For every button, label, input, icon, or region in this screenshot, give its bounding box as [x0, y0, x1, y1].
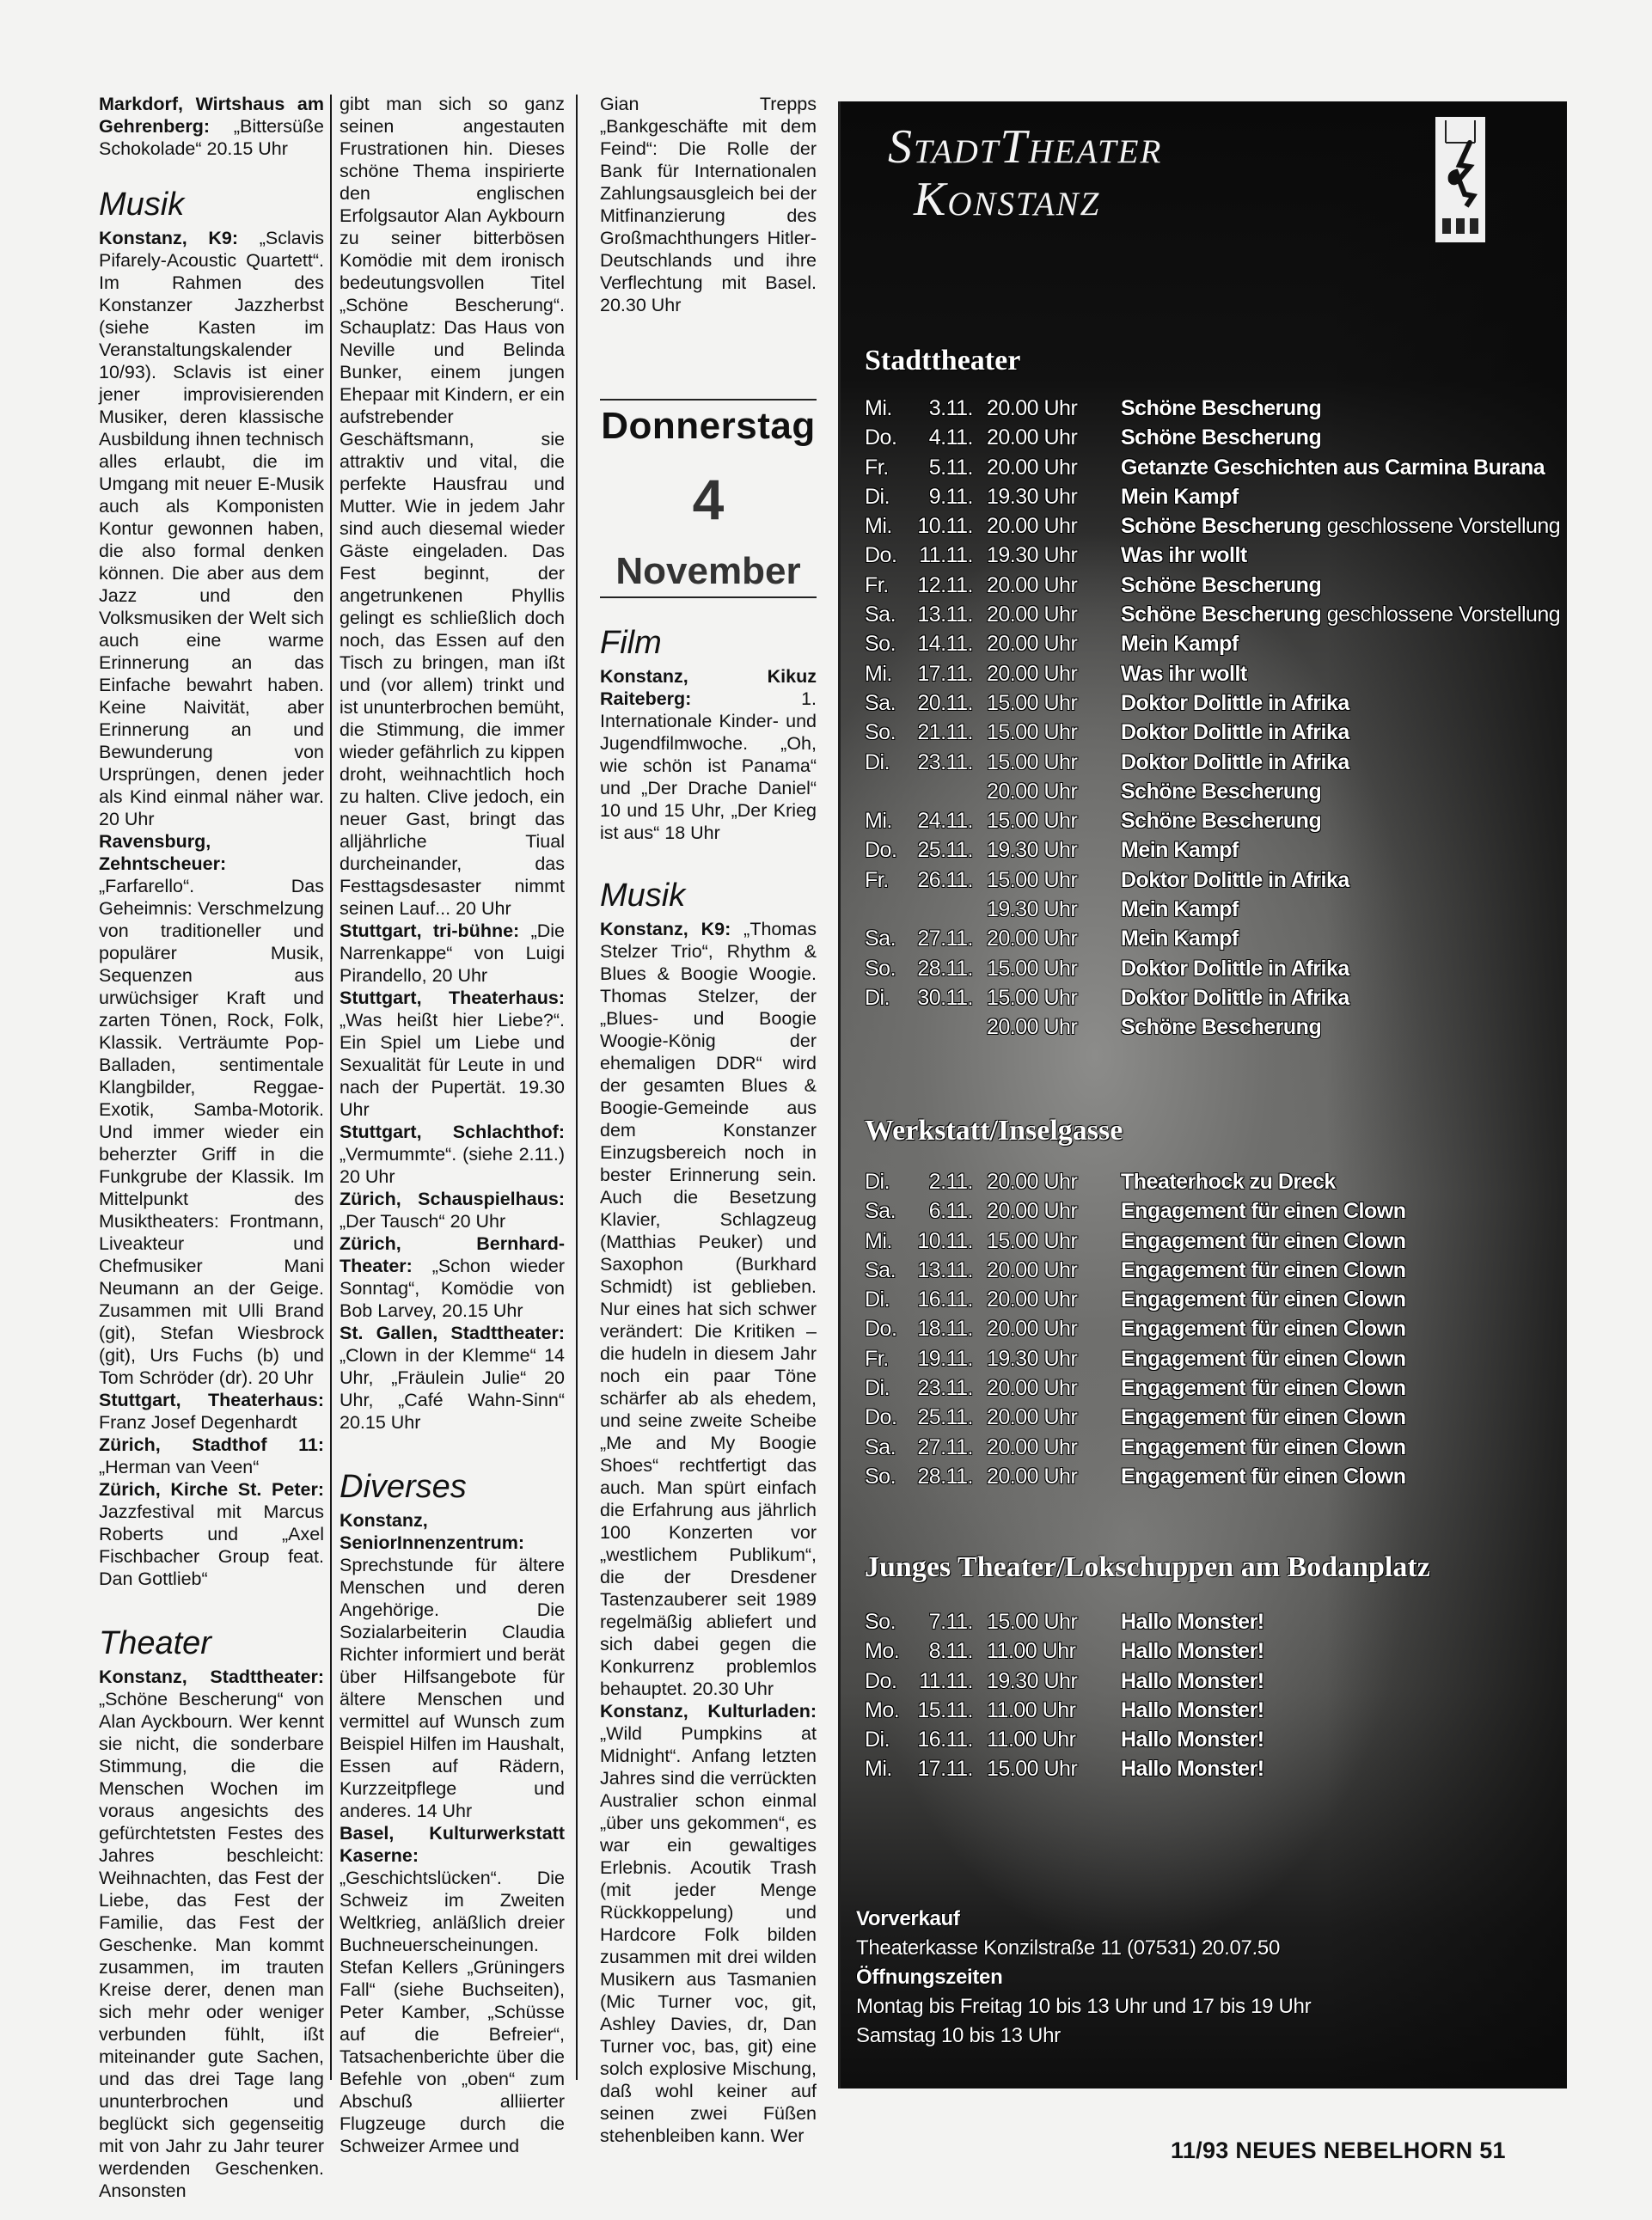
date: 13.11. — [906, 1256, 973, 1285]
play-title-text: Mein Kampf — [1121, 897, 1239, 921]
date-cell: Mo.8.11. — [865, 1636, 976, 1666]
date: 28.11. — [906, 1462, 973, 1491]
werkstatt-section: Werkstatt/Inselgasse Di.2.11.20.00 UhrTh… — [865, 1114, 1405, 1491]
weekday: Di. — [865, 1285, 906, 1314]
date-cell: So.28.11. — [865, 954, 976, 983]
date — [906, 777, 973, 806]
weekday: Di. — [865, 1725, 906, 1754]
schedule-row: Sa.27.11.20.00 UhrMein Kampf — [865, 924, 1560, 953]
date-header: Donnerstag 4 November — [600, 399, 817, 598]
play-title: Hallo Monster! — [1121, 1725, 1264, 1754]
schedule-row: Mo.8.11.11.00 UhrHallo Monster! — [865, 1636, 1430, 1666]
listing-text: „Vermummte“. (siehe 2.11.) 20 Uhr — [340, 1144, 565, 1187]
weekday: Mi. — [865, 394, 906, 423]
play-title: Engagement für einen Clown — [1121, 1433, 1405, 1462]
weekday: Mi. — [865, 1226, 906, 1256]
vorverkauf-text: Theaterkasse Konzilstraße 11 (07531) 20.… — [856, 1934, 1311, 1963]
date-cell: Di.23.11. — [865, 748, 976, 777]
ad-title-line1: StadtTheater — [888, 120, 1162, 174]
weekday: Fr. — [865, 453, 906, 482]
schedule-row: Mi.10.11.15.00 UhrEngagement für einen C… — [865, 1226, 1405, 1256]
time: 20.00 Uhr — [987, 1012, 1121, 1042]
weekday: Sa. — [865, 1433, 906, 1462]
schedule-row: Di.16.11.20.00 UhrEngagement für einen C… — [865, 1285, 1405, 1314]
play-title: Mein Kampf — [1121, 482, 1239, 511]
listing-text: „Clown in der Klemme“ 14 Uhr, „Fräulein … — [340, 1345, 565, 1433]
listing-entry: Konstanz, Kulturladen: „Wild Pumpkins at… — [600, 1700, 817, 2147]
play-title-text: Doktor Dolittle in Afrika — [1121, 750, 1349, 774]
listing-entry: St. Gallen, Stadttheater: „Clown in der … — [340, 1322, 565, 1434]
play-title-text: Doktor Dolittle in Afrika — [1121, 720, 1349, 744]
date: 4.11. — [906, 423, 973, 452]
date: 24.11. — [906, 806, 973, 835]
schedule-row: So.28.11.20.00 UhrEngagement für einen C… — [865, 1462, 1405, 1491]
listing-entry: Basel, Kulturwerkstatt Kaserne: „Geschic… — [340, 1822, 565, 2157]
section-heading: Junges Theater/Lokschuppen am Bodanplatz — [865, 1550, 1430, 1585]
weekday: Donnerstag — [600, 401, 817, 452]
schedule-row: Fr.26.11.15.00 UhrDoktor Dolittle in Afr… — [865, 865, 1560, 895]
weekday: Sa. — [865, 1196, 906, 1226]
box-office-info: Vorverkauf Theaterkasse Konzilstraße 11 … — [856, 1905, 1311, 2051]
listing-entry: Stuttgart, Theaterhaus: „Was heißt hier … — [340, 987, 565, 1121]
play-title: Theaterhock zu Dreck — [1121, 1167, 1336, 1196]
date: 17.11. — [906, 659, 973, 688]
venue: Konstanz, SeniorInnenzentrum: — [340, 1510, 524, 1553]
venue: Stuttgart, Theaterhaus: — [99, 1390, 324, 1410]
time: 15.00 Uhr — [987, 748, 1121, 777]
schedule-row: Di.9.11.19.30 UhrMein Kampf — [865, 482, 1560, 511]
weekday — [865, 1012, 906, 1042]
listing-text: „Der Tausch“ 20 Uhr — [340, 1211, 505, 1232]
weekday: So. — [865, 1462, 906, 1491]
date-cell: Do.11.11. — [865, 1667, 976, 1696]
date-cell: Mi.10.11. — [865, 1226, 976, 1256]
weekday: Mo. — [865, 1696, 906, 1725]
date: 15.11. — [906, 1696, 973, 1725]
play-title: Engagement für einen Clown — [1121, 1285, 1405, 1314]
venue: Konstanz, Kulturladen: — [600, 1701, 817, 1722]
listing-text: „Geschichtslücken“. Die Schweiz im Zweit… — [340, 1868, 565, 2156]
listing-entry: Konstanz, K9: „Thomas Stelzer Trio“, Rhy… — [600, 918, 817, 1700]
column-2: gibt man sich so ganz seinen angestauten… — [340, 93, 565, 2157]
date-cell — [865, 1012, 976, 1042]
schedule-row: Do.25.11.19.30 UhrMein Kampf — [865, 835, 1560, 865]
play-title-text: Engagement für einen Clown — [1121, 1376, 1405, 1400]
schedule-row: Mi.17.11.20.00 UhrWas ihr wollt — [865, 659, 1560, 688]
listing-entry: Zürich, Kirche St. Peter: Jazzfestival m… — [99, 1478, 324, 1590]
date-cell: Mi.17.11. — [865, 659, 976, 688]
date-cell: Sa.13.11. — [865, 1256, 976, 1285]
play-title-text: Doktor Dolittle in Afrika — [1121, 691, 1349, 715]
page-footer: 11/93 NEUES NEBELHORN 51 — [1171, 2137, 1506, 2164]
venue: Stuttgart, tri-bühne: — [340, 920, 519, 941]
time: 19.30 Uhr — [987, 1667, 1121, 1696]
schedule-row: Di.16.11.11.00 UhrHallo Monster! — [865, 1725, 1430, 1754]
date-cell: Sa.27.11. — [865, 1433, 976, 1462]
schedule-row: Do.11.11.19.30 UhrWas ihr wollt — [865, 541, 1560, 570]
weekday: So. — [865, 718, 906, 747]
play-title-text: Hallo Monster! — [1121, 1610, 1264, 1634]
time: 20.00 Uhr — [987, 659, 1121, 688]
date: 26.11. — [906, 865, 973, 895]
play-title: Doktor Dolittle in Afrika — [1121, 688, 1349, 718]
listing-entry: Markdorf, Wirtshaus am Gehrenberg: „Bitt… — [99, 93, 324, 160]
listing-entry: Zürich, Bernhard-Theater: „Schon wieder … — [340, 1232, 565, 1322]
time: 11.00 Uhr — [987, 1636, 1121, 1666]
schedule-row: Mi.10.11.20.00 UhrSchöne Bescherung gesc… — [865, 511, 1560, 541]
time: 19.30 Uhr — [987, 1344, 1121, 1373]
schedule-row: Mi.17.11.15.00 UhrHallo Monster! — [865, 1754, 1430, 1783]
date — [906, 1012, 973, 1042]
date: 25.11. — [906, 835, 973, 865]
weekday: Do. — [865, 423, 906, 452]
time: 19.30 Uhr — [987, 895, 1121, 924]
time: 15.00 Uhr — [987, 1754, 1121, 1783]
time: 20.00 Uhr — [987, 777, 1121, 806]
schedule-row: Do.18.11.20.00 UhrEngagement für einen C… — [865, 1314, 1405, 1343]
date: 23.11. — [906, 1373, 973, 1403]
time: 20.00 Uhr — [987, 1256, 1121, 1285]
schedule-row: Di.23.11.15.00 UhrDoktor Dolittle in Afr… — [865, 748, 1560, 777]
venue: Basel, Kulturwerkstatt Kaserne: — [340, 1823, 565, 1866]
weekday: Sa. — [865, 1256, 906, 1285]
date-cell: Di.30.11. — [865, 983, 976, 1012]
time: 20.00 Uhr — [987, 1403, 1121, 1432]
date-cell: Di.2.11. — [865, 1167, 976, 1196]
play-title: Mein Kampf — [1121, 835, 1239, 865]
weekday: So. — [865, 954, 906, 983]
weekday: Mo. — [865, 1636, 906, 1666]
listing-text: „Schöne Bescherung“ von Alan Ayckbourn. … — [99, 1689, 324, 2201]
time: 20.00 Uhr — [987, 1167, 1121, 1196]
listing-group: Konstanz, SeniorInnenzentrum: Sprechstun… — [340, 1509, 565, 2157]
weekday: Do. — [865, 835, 906, 865]
time: 15.00 Uhr — [987, 983, 1121, 1012]
time: 20.00 Uhr — [987, 423, 1121, 452]
date-cell: Fr.19.11. — [865, 1344, 976, 1373]
schedule-row: Fr.5.11.20.00 UhrGetanzte Geschichten au… — [865, 453, 1560, 482]
weekday: Mi. — [865, 806, 906, 835]
column-divider — [576, 95, 578, 2080]
play-title-text: Engagement für einen Clown — [1121, 1435, 1405, 1459]
listing-text: gibt man sich so ganz seinen angestauten… — [340, 93, 565, 920]
date-cell: So.7.11. — [865, 1607, 976, 1636]
date-cell — [865, 895, 976, 924]
schedule-row: Di.30.11.15.00 UhrDoktor Dolittle in Afr… — [865, 983, 1560, 1012]
date: 9.11. — [906, 482, 973, 511]
listing-group: Stuttgart, tri-bühne: „Die Narrenkappe“ … — [340, 920, 565, 1434]
time: 15.00 Uhr — [987, 718, 1121, 747]
play-title: Schöne Bescherung — [1121, 394, 1321, 423]
date-cell: Mi.3.11. — [865, 394, 976, 423]
date: 20.11. — [906, 688, 973, 718]
date-cell: Fr.5.11. — [865, 453, 976, 482]
play-title-text: Hallo Monster! — [1121, 1757, 1264, 1781]
time: 20.00 Uhr — [987, 600, 1121, 629]
time: 20.00 Uhr — [987, 1373, 1121, 1403]
weekday: Do. — [865, 541, 906, 570]
date-cell: Fr.26.11. — [865, 865, 976, 895]
venue: St. Gallen, Stadttheater: — [340, 1323, 565, 1343]
venue: Stuttgart, Theaterhaus: — [340, 988, 565, 1008]
date: 27.11. — [906, 1433, 973, 1462]
schedule-row: Do.4.11.20.00 UhrSchöne Bescherung — [865, 423, 1560, 452]
date: 14.11. — [906, 629, 973, 658]
time: 15.00 Uhr — [987, 688, 1121, 718]
weekday: Fr. — [865, 1344, 906, 1373]
weekday: Sa. — [865, 688, 906, 718]
date-cell: Di.23.11. — [865, 1373, 976, 1403]
weekday: Fr. — [865, 865, 906, 895]
play-title-text: Schöne Bescherung — [1121, 514, 1321, 538]
play-title-text: Getanzte Geschichten aus Carmina Burana — [1121, 456, 1545, 480]
date: 10.11. — [906, 511, 973, 541]
column-1: Markdorf, Wirtshaus am Gehrenberg: „Bitt… — [99, 93, 324, 2202]
schedule-row: Sa.27.11.20.00 UhrEngagement für einen C… — [865, 1433, 1405, 1462]
time: 20.00 Uhr — [987, 1285, 1121, 1314]
listing-entry: Stuttgart, Theaterhaus: Franz Josef Dege… — [99, 1389, 324, 1434]
play-title: Engagement für einen Clown — [1121, 1462, 1405, 1491]
play-title-text: Mein Kampf — [1121, 632, 1239, 656]
schedule-row: 20.00 UhrSchöne Bescherung — [865, 1012, 1560, 1042]
performance-note: geschlossene Vorstellung — [1327, 602, 1561, 627]
schedule-row: Mo.15.11.11.00 UhrHallo Monster! — [865, 1696, 1430, 1725]
schedule-row: Mi.3.11.20.00 UhrSchöne Bescherung — [865, 394, 1560, 423]
date-cell: Mo.15.11. — [865, 1696, 976, 1725]
play-title-text: Engagement für einen Clown — [1121, 1199, 1405, 1223]
date-cell: Sa.20.11. — [865, 688, 976, 718]
weekday: Di. — [865, 1373, 906, 1403]
date: 12.11. — [906, 571, 973, 600]
play-title: Engagement für einen Clown — [1121, 1226, 1405, 1256]
stadttheater-section: Stadttheater Mi.3.11.20.00 UhrSchöne Bes… — [865, 344, 1560, 1043]
date: 11.11. — [906, 541, 973, 570]
play-title: Schöne Bescherung — [1121, 1012, 1321, 1042]
venue: Konstanz, Kikuz Raiteberg: — [600, 666, 817, 709]
play-title-text: Mein Kampf — [1121, 927, 1239, 951]
play-title: Schöne Bescherung geschlossene Vorstellu… — [1121, 511, 1560, 541]
listing-entry: Konstanz, SeniorInnenzentrum: Sprechstun… — [340, 1509, 565, 1822]
time: 15.00 Uhr — [987, 954, 1121, 983]
time: 20.00 Uhr — [987, 924, 1121, 953]
section-heading: Stadttheater — [865, 344, 1560, 378]
date: 16.11. — [906, 1725, 973, 1754]
schedule-row: Sa.13.11.20.00 UhrSchöne Bescherung gesc… — [865, 600, 1560, 629]
weekday: Sa. — [865, 600, 906, 629]
schedule-row: Do.25.11.20.00 UhrEngagement für einen C… — [865, 1403, 1405, 1432]
listing-entry: Ravensburg, Zehntscheuer: „Farfarello“. … — [99, 830, 324, 1389]
time: 20.00 Uhr — [987, 394, 1121, 423]
weekday: Do. — [865, 1314, 906, 1343]
ad-title-line2: Konstanz — [914, 174, 1162, 225]
weekday: Do. — [865, 1667, 906, 1696]
weekday — [865, 895, 906, 924]
play-title-text: Mein Kampf — [1121, 485, 1239, 509]
play-title: Getanzte Geschichten aus Carmina Burana — [1121, 453, 1545, 482]
weekday: So. — [865, 1607, 906, 1636]
play-title: Hallo Monster! — [1121, 1636, 1264, 1666]
date: 10.11. — [906, 1226, 973, 1256]
weekday: Mi. — [865, 1754, 906, 1783]
play-title: Doktor Dolittle in Afrika — [1121, 748, 1349, 777]
listing-entry: Zürich, Stadthof 11: „Herman van Veen“ — [99, 1434, 324, 1478]
date-cell: Do.4.11. — [865, 423, 976, 452]
date: 8.11. — [906, 1636, 973, 1666]
weekday: So. — [865, 629, 906, 658]
play-title: Hallo Monster! — [1121, 1607, 1264, 1636]
date: 11.11. — [906, 1667, 973, 1696]
play-title: Engagement für einen Clown — [1121, 1196, 1405, 1226]
play-title-text: Schöne Bescherung — [1121, 1015, 1321, 1039]
play-title-text: Schöne Bescherung — [1121, 573, 1321, 597]
weekday: Di. — [865, 983, 906, 1012]
date-cell: Mi.10.11. — [865, 511, 976, 541]
schedule-row: So.7.11.15.00 UhrHallo Monster! — [865, 1607, 1430, 1636]
schedule: So.7.11.15.00 UhrHallo Monster!Mo.8.11.1… — [865, 1607, 1430, 1784]
schedule-row: Fr.12.11.20.00 UhrSchöne Bescherung — [865, 571, 1560, 600]
listing-text: 1. Internationale Kinder- und Jugendfilm… — [600, 688, 817, 843]
schedule-row: Sa.13.11.20.00 UhrEngagement für einen C… — [865, 1256, 1405, 1285]
schedule-row: Do.11.11.19.30 UhrHallo Monster! — [865, 1667, 1430, 1696]
date: 17.11. — [906, 1754, 973, 1783]
schedule: Di.2.11.20.00 UhrTheaterhock zu DreckSa.… — [865, 1167, 1405, 1491]
listing-entry: Zürich, Schauspielhaus: „Der Tausch“ 20 … — [340, 1188, 565, 1232]
date: 30.11. — [906, 983, 973, 1012]
date-cell: Di.16.11. — [865, 1725, 976, 1754]
listing-entry: Stuttgart, Schlachthof: „Vermummte“. (si… — [340, 1121, 565, 1188]
play-title-text: Schöne Bescherung — [1121, 396, 1321, 420]
hours-weekdays: Montag bis Freitag 10 bis 13 Uhr und 17 … — [856, 1992, 1311, 2021]
time: 19.30 Uhr — [987, 482, 1121, 511]
listing-text: Jazzfestival mit Marcus Roberts und „Axe… — [99, 1501, 324, 1589]
hours-saturday: Samstag 10 bis 13 Uhr — [856, 2021, 1311, 2051]
play-title-text: Hallo Monster! — [1121, 1669, 1264, 1693]
date: 23.11. — [906, 748, 973, 777]
section-heading-musik: Musik — [99, 186, 324, 223]
date-cell: Do.25.11. — [865, 1403, 976, 1432]
play-title: Schöne Bescherung — [1121, 777, 1321, 806]
date: 27.11. — [906, 924, 973, 953]
listing-text: „Was heißt hier Liebe?“. Ein Spiel um Li… — [340, 1010, 565, 1120]
hours-heading: Öffnungszeiten — [856, 1963, 1311, 1992]
time: 11.00 Uhr — [987, 1696, 1121, 1725]
play-title: Schöne Bescherung geschlossene Vorstellu… — [1121, 600, 1560, 629]
date-cell: Sa.6.11. — [865, 1196, 976, 1226]
play-title-text: Engagement für einen Clown — [1121, 1258, 1405, 1282]
venue: Stuttgart, Schlachthof: — [340, 1122, 565, 1142]
time: 15.00 Uhr — [987, 1607, 1121, 1636]
play-title-text: Hallo Monster! — [1121, 1639, 1264, 1663]
time: 20.00 Uhr — [987, 453, 1121, 482]
play-title-text: Hallo Monster! — [1121, 1728, 1264, 1752]
section-heading-theater: Theater — [99, 1624, 324, 1662]
play-title: Mein Kampf — [1121, 924, 1239, 953]
venue: Konstanz, Stadttheater: — [99, 1667, 324, 1687]
play-title-text: Engagement für einen Clown — [1121, 1229, 1405, 1253]
date-cell: Do.25.11. — [865, 835, 976, 865]
play-title-text: Engagement für einen Clown — [1121, 1405, 1405, 1429]
section-heading: Werkstatt/Inselgasse — [865, 1114, 1405, 1148]
date-cell: Sa.27.11. — [865, 924, 976, 953]
date-cell: Do.18.11. — [865, 1314, 976, 1343]
play-title-text: Engagement für einen Clown — [1121, 1287, 1405, 1312]
play-title-text: Was ihr wollt — [1121, 662, 1247, 686]
date: 6.11. — [906, 1196, 973, 1226]
play-title: Engagement für einen Clown — [1121, 1256, 1405, 1285]
time: 20.00 Uhr — [987, 1196, 1121, 1226]
schedule: Mi.3.11.20.00 UhrSchöne BescherungDo.4.1… — [865, 394, 1560, 1043]
play-title: Doktor Dolittle in Afrika — [1121, 983, 1349, 1012]
day-number: 4 — [600, 452, 817, 547]
schedule-row: So.28.11.15.00 UhrDoktor Dolittle in Afr… — [865, 954, 1560, 983]
play-title: Mein Kampf — [1121, 895, 1239, 924]
weekday: Di. — [865, 1167, 906, 1196]
listing-group: Konstanz, K9: „Sclavis Pifarely-Acoustic… — [99, 227, 324, 1590]
date-cell: Sa.13.11. — [865, 600, 976, 629]
date: 19.11. — [906, 1344, 973, 1373]
date: 3.11. — [906, 394, 973, 423]
ad-title: StadtTheater Konstanz — [888, 120, 1162, 225]
schedule-row: So.21.11.15.00 UhrDoktor Dolittle in Afr… — [865, 718, 1560, 747]
date-cell: Mi.17.11. — [865, 1754, 976, 1783]
date-cell: Di.16.11. — [865, 1285, 976, 1314]
schedule-row: Fr.19.11.19.30 UhrEngagement für einen C… — [865, 1344, 1405, 1373]
date-cell: So.21.11. — [865, 718, 976, 747]
play-title: Schöne Bescherung — [1121, 806, 1321, 835]
play-title: Schöne Bescherung — [1121, 423, 1321, 452]
listing-text: „Thomas Stelzer Trio“, Rhythm & Blues & … — [600, 919, 817, 1699]
play-title: Engagement für einen Clown — [1121, 1314, 1405, 1343]
time: 15.00 Uhr — [987, 865, 1121, 895]
play-title-text: Theaterhock zu Dreck — [1121, 1170, 1336, 1194]
play-title-text: Was ihr wollt — [1121, 543, 1247, 567]
date: 2.11. — [906, 1167, 973, 1196]
column-divider — [330, 95, 332, 2080]
listing-group: Konstanz, K9: „Thomas Stelzer Trio“, Rhy… — [600, 918, 817, 2147]
listing-text: Sprechstunde für ältere Menschen und der… — [340, 1555, 565, 1821]
play-title-text: Hallo Monster! — [1121, 1698, 1264, 1722]
schedule-row: Mi.24.11.15.00 UhrSchöne Bescherung — [865, 806, 1560, 835]
vorverkauf-heading: Vorverkauf — [856, 1905, 1311, 1934]
play-title: Was ihr wollt — [1121, 541, 1247, 570]
date: 7.11. — [906, 1607, 973, 1636]
weekday: Sa. — [865, 924, 906, 953]
listing-text: „Farfarello“. Das Geheimnis: Verschmelzu… — [99, 876, 324, 1388]
listing-entry: Konstanz, Stadttheater: „Schöne Bescheru… — [99, 1666, 324, 2202]
date: 21.11. — [906, 718, 973, 747]
listing-text: „Wild Pumpkins at Midnight“. Anfang letz… — [600, 1723, 817, 2146]
section-heading-musik: Musik — [600, 877, 817, 914]
play-title-text: Schöne Bescherung — [1121, 602, 1321, 627]
play-title-text: Doktor Dolittle in Afrika — [1121, 986, 1349, 1010]
play-title: Doktor Dolittle in Afrika — [1121, 954, 1349, 983]
date-cell: So.14.11. — [865, 629, 976, 658]
date: 25.11. — [906, 1403, 973, 1432]
month: November — [600, 547, 817, 596]
time: 20.00 Uhr — [987, 1433, 1121, 1462]
section-heading-film: Film — [600, 624, 817, 662]
weekday — [865, 777, 906, 806]
column-3: Gian Trepps „Bankgeschäfte mit dem Feind… — [600, 93, 817, 2147]
time: 20.00 Uhr — [987, 511, 1121, 541]
play-title: Engagement für einen Clown — [1121, 1403, 1405, 1432]
play-title-text: Doktor Dolittle in Afrika — [1121, 868, 1349, 892]
stadttheater-advertisement: StadtTheater Konstanz Stadttheater Mi.3.… — [838, 101, 1567, 2089]
play-title-text: Doktor Dolittle in Afrika — [1121, 957, 1349, 981]
date-cell: Fr.12.11. — [865, 571, 976, 600]
time: 20.00 Uhr — [987, 1462, 1121, 1491]
schedule-row: 19.30 UhrMein Kampf — [865, 895, 1560, 924]
